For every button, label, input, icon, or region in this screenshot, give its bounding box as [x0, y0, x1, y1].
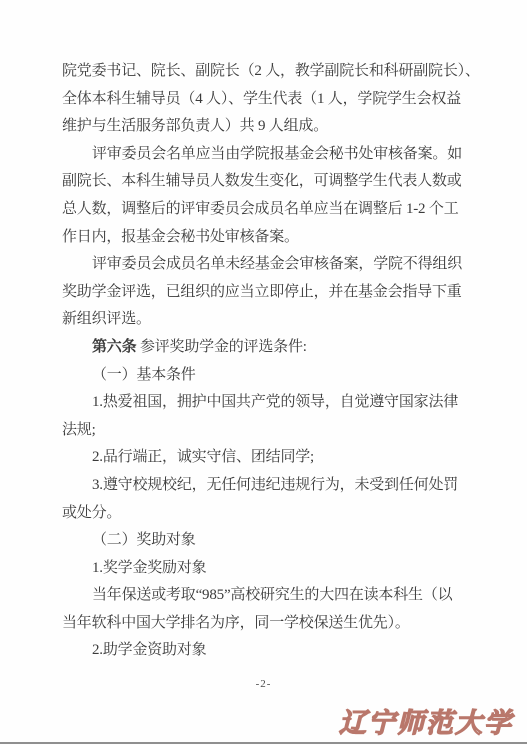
doc-line: 或处分。: [62, 500, 472, 528]
article-title: 参评奖助学金的评选条件:: [136, 339, 306, 355]
doc-line: 1.热爱祖国，拥护中国共产党的领导，自觉遵守国家法律: [62, 389, 472, 417]
doc-line: 奖助学金评选，已组织的应当立即停止，并在基金会指导下重: [62, 279, 472, 307]
doc-line: 2.品行端正，诚实守信、团结同学;: [62, 444, 472, 472]
doc-line: 评审委员会名单应当由学院报基金会秘书处审核备案。如: [62, 141, 472, 169]
document-page: 院党委书记、院长、副院长（2 人，教学副院长和科研副院长）、 全体本科生辅导员（…: [0, 0, 527, 745]
doc-line: 全体本科生辅导员（4 人）、学生代表（1 人，学院学生会权益: [62, 86, 472, 114]
doc-line: 院党委书记、院长、副院长（2 人，教学副院长和科研副院长）、: [62, 58, 472, 86]
doc-line: 1.奖学金奖励对象: [62, 555, 472, 583]
doc-line: 3.遵守校规校纪，无任何违纪违规行为，未受到任何处罚: [62, 472, 472, 500]
article-number: 第六条: [92, 339, 136, 355]
university-watermark: 辽宁师范大学: [339, 701, 513, 740]
article-6-heading: 第六条 参评奖助学金的评选条件:: [62, 334, 472, 362]
section-heading: （一）基本条件: [62, 362, 472, 390]
doc-line: 评审委员会成员名单未经基金会审核备案，学院不得组织: [62, 251, 472, 279]
doc-line: 当年软科中国大学排名为序，同一学校保送生优先）。: [62, 610, 472, 638]
section-heading: （二）奖助对象: [62, 527, 472, 555]
bottom-divider: [0, 742, 527, 744]
page-number: -2-: [0, 678, 527, 690]
doc-line: 总人数，调整后的评审委员会成员名单应当在调整后 1-2 个工: [62, 196, 472, 224]
doc-line: 维护与生活服务部负责人）共 9 人组成。: [62, 113, 472, 141]
doc-line: 当年保送或考取“985”高校研究生的大四在读本科生（以: [62, 582, 472, 610]
doc-line: 作日内，报基金会秘书处审核备案。: [62, 224, 472, 252]
doc-line: 副院长、本科生辅导员人数发生变化，可调整学生代表人数或: [62, 168, 472, 196]
doc-line: 法规;: [62, 417, 472, 445]
document-body: 院党委书记、院长、副院长（2 人，教学副院长和科研副院长）、 全体本科生辅导员（…: [62, 58, 472, 665]
doc-line: 新组织评选。: [62, 306, 472, 334]
doc-line: 2.助学金资助对象: [62, 637, 472, 665]
